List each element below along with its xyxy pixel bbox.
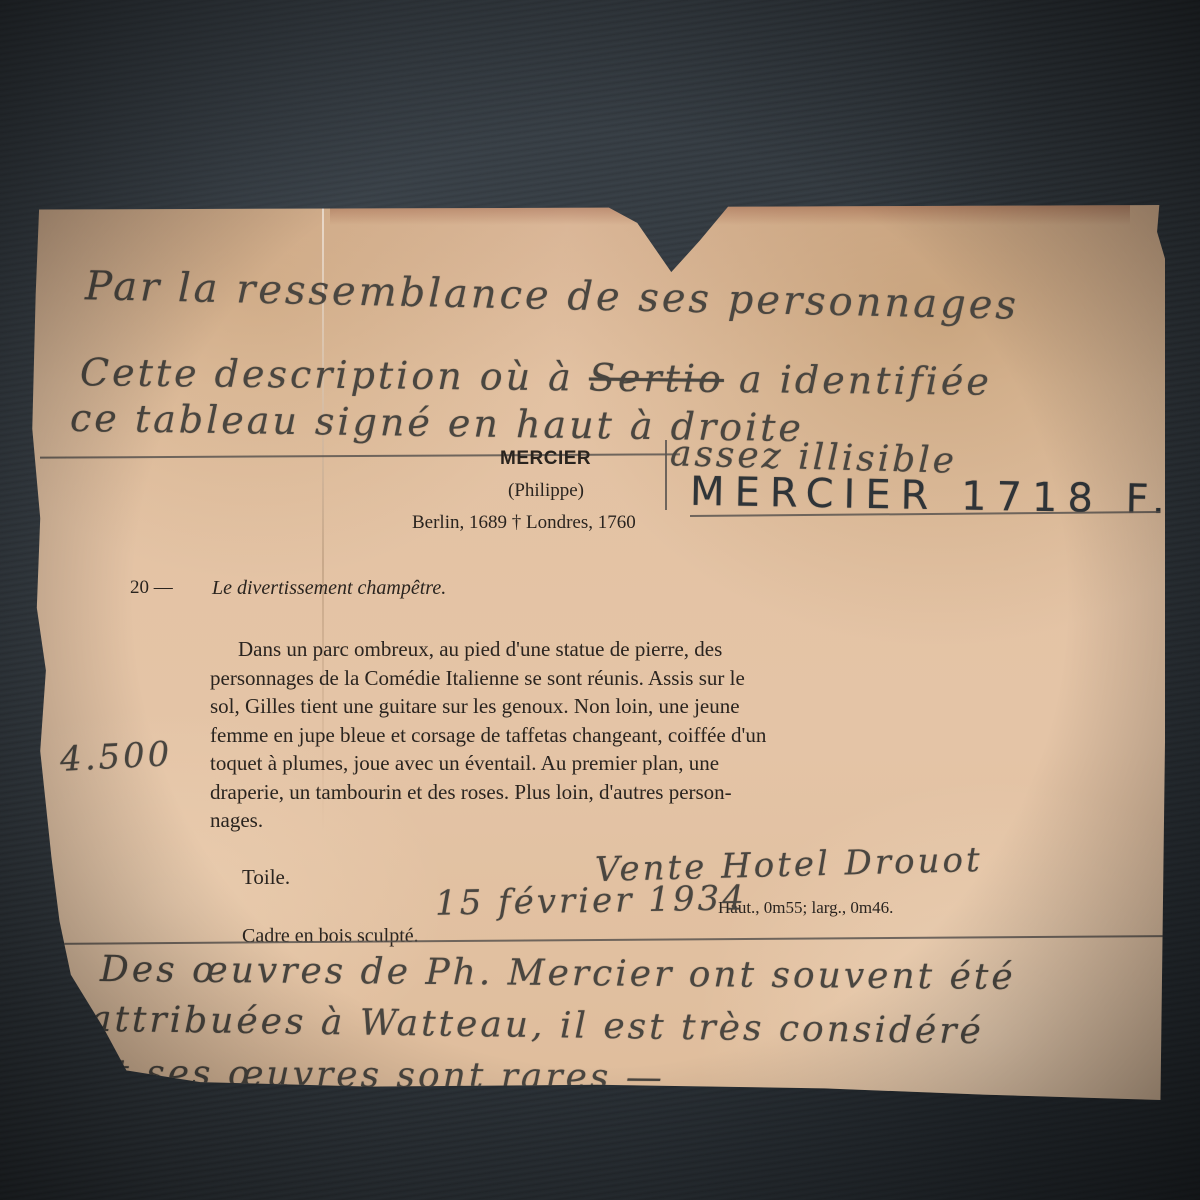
lot-description: Dans un parc ombreux, au pied d'une stat… <box>210 635 997 835</box>
handwritten-note-line-1: Des œuvres de Ph. Mercier ont souvent ét… <box>100 949 1016 998</box>
handwritten-price: 4.500 <box>59 734 173 780</box>
lot-number: 20 — <box>130 577 173 599</box>
frame-description: Cadre en bois sculpté. <box>242 925 419 948</box>
description-line: femme en jupe bleue et corsage de taffet… <box>210 721 997 750</box>
description-line: nages. <box>210 806 997 835</box>
artist-dates: Berlin, 1689 † Londres, 1760 <box>412 512 636 534</box>
signature-bracket <box>665 440 667 510</box>
struck-word: Sertio <box>589 356 724 401</box>
handwritten-divider <box>40 935 1165 945</box>
description-line: toquet à plumes, joue avec un éventail. … <box>210 749 997 778</box>
lot-title: Le divertissement champêtre. <box>212 577 446 600</box>
handwritten-note-line-3: et ses œuvres sont rares — <box>90 1052 665 1098</box>
handwritten-line-1: Par la ressemblance de ses personnages <box>85 263 1020 329</box>
handwritten-note-line-2: attribuées à Watteau, il est très consid… <box>90 999 984 1052</box>
artist-name: MERCIER <box>500 448 591 470</box>
description-line: sol, Gilles tient une guitare sur les ge… <box>210 692 997 721</box>
medium: Toile. <box>242 865 290 890</box>
handwritten-line-2: Cette description où à Sertio a identifi… <box>80 350 992 404</box>
description-line: Dans un parc ombreux, au pied d'une stat… <box>210 635 997 664</box>
handwritten-line-2-prefix: Cette description où à <box>80 350 574 399</box>
handwritten-sale-date: 15 février 1934 <box>435 878 747 923</box>
handwritten-line-2-suffix: a identifiée <box>739 357 992 404</box>
description-line: draperie, un tambourin et des roses. Plu… <box>210 778 997 807</box>
catalog-clipping: Par la ressemblance de ses personnages C… <box>30 205 1165 1100</box>
artist-first-name: (Philippe) <box>508 480 584 502</box>
water-stain <box>330 205 1130 225</box>
description-line: personnages de la Comédie Italienne se s… <box>210 664 997 693</box>
